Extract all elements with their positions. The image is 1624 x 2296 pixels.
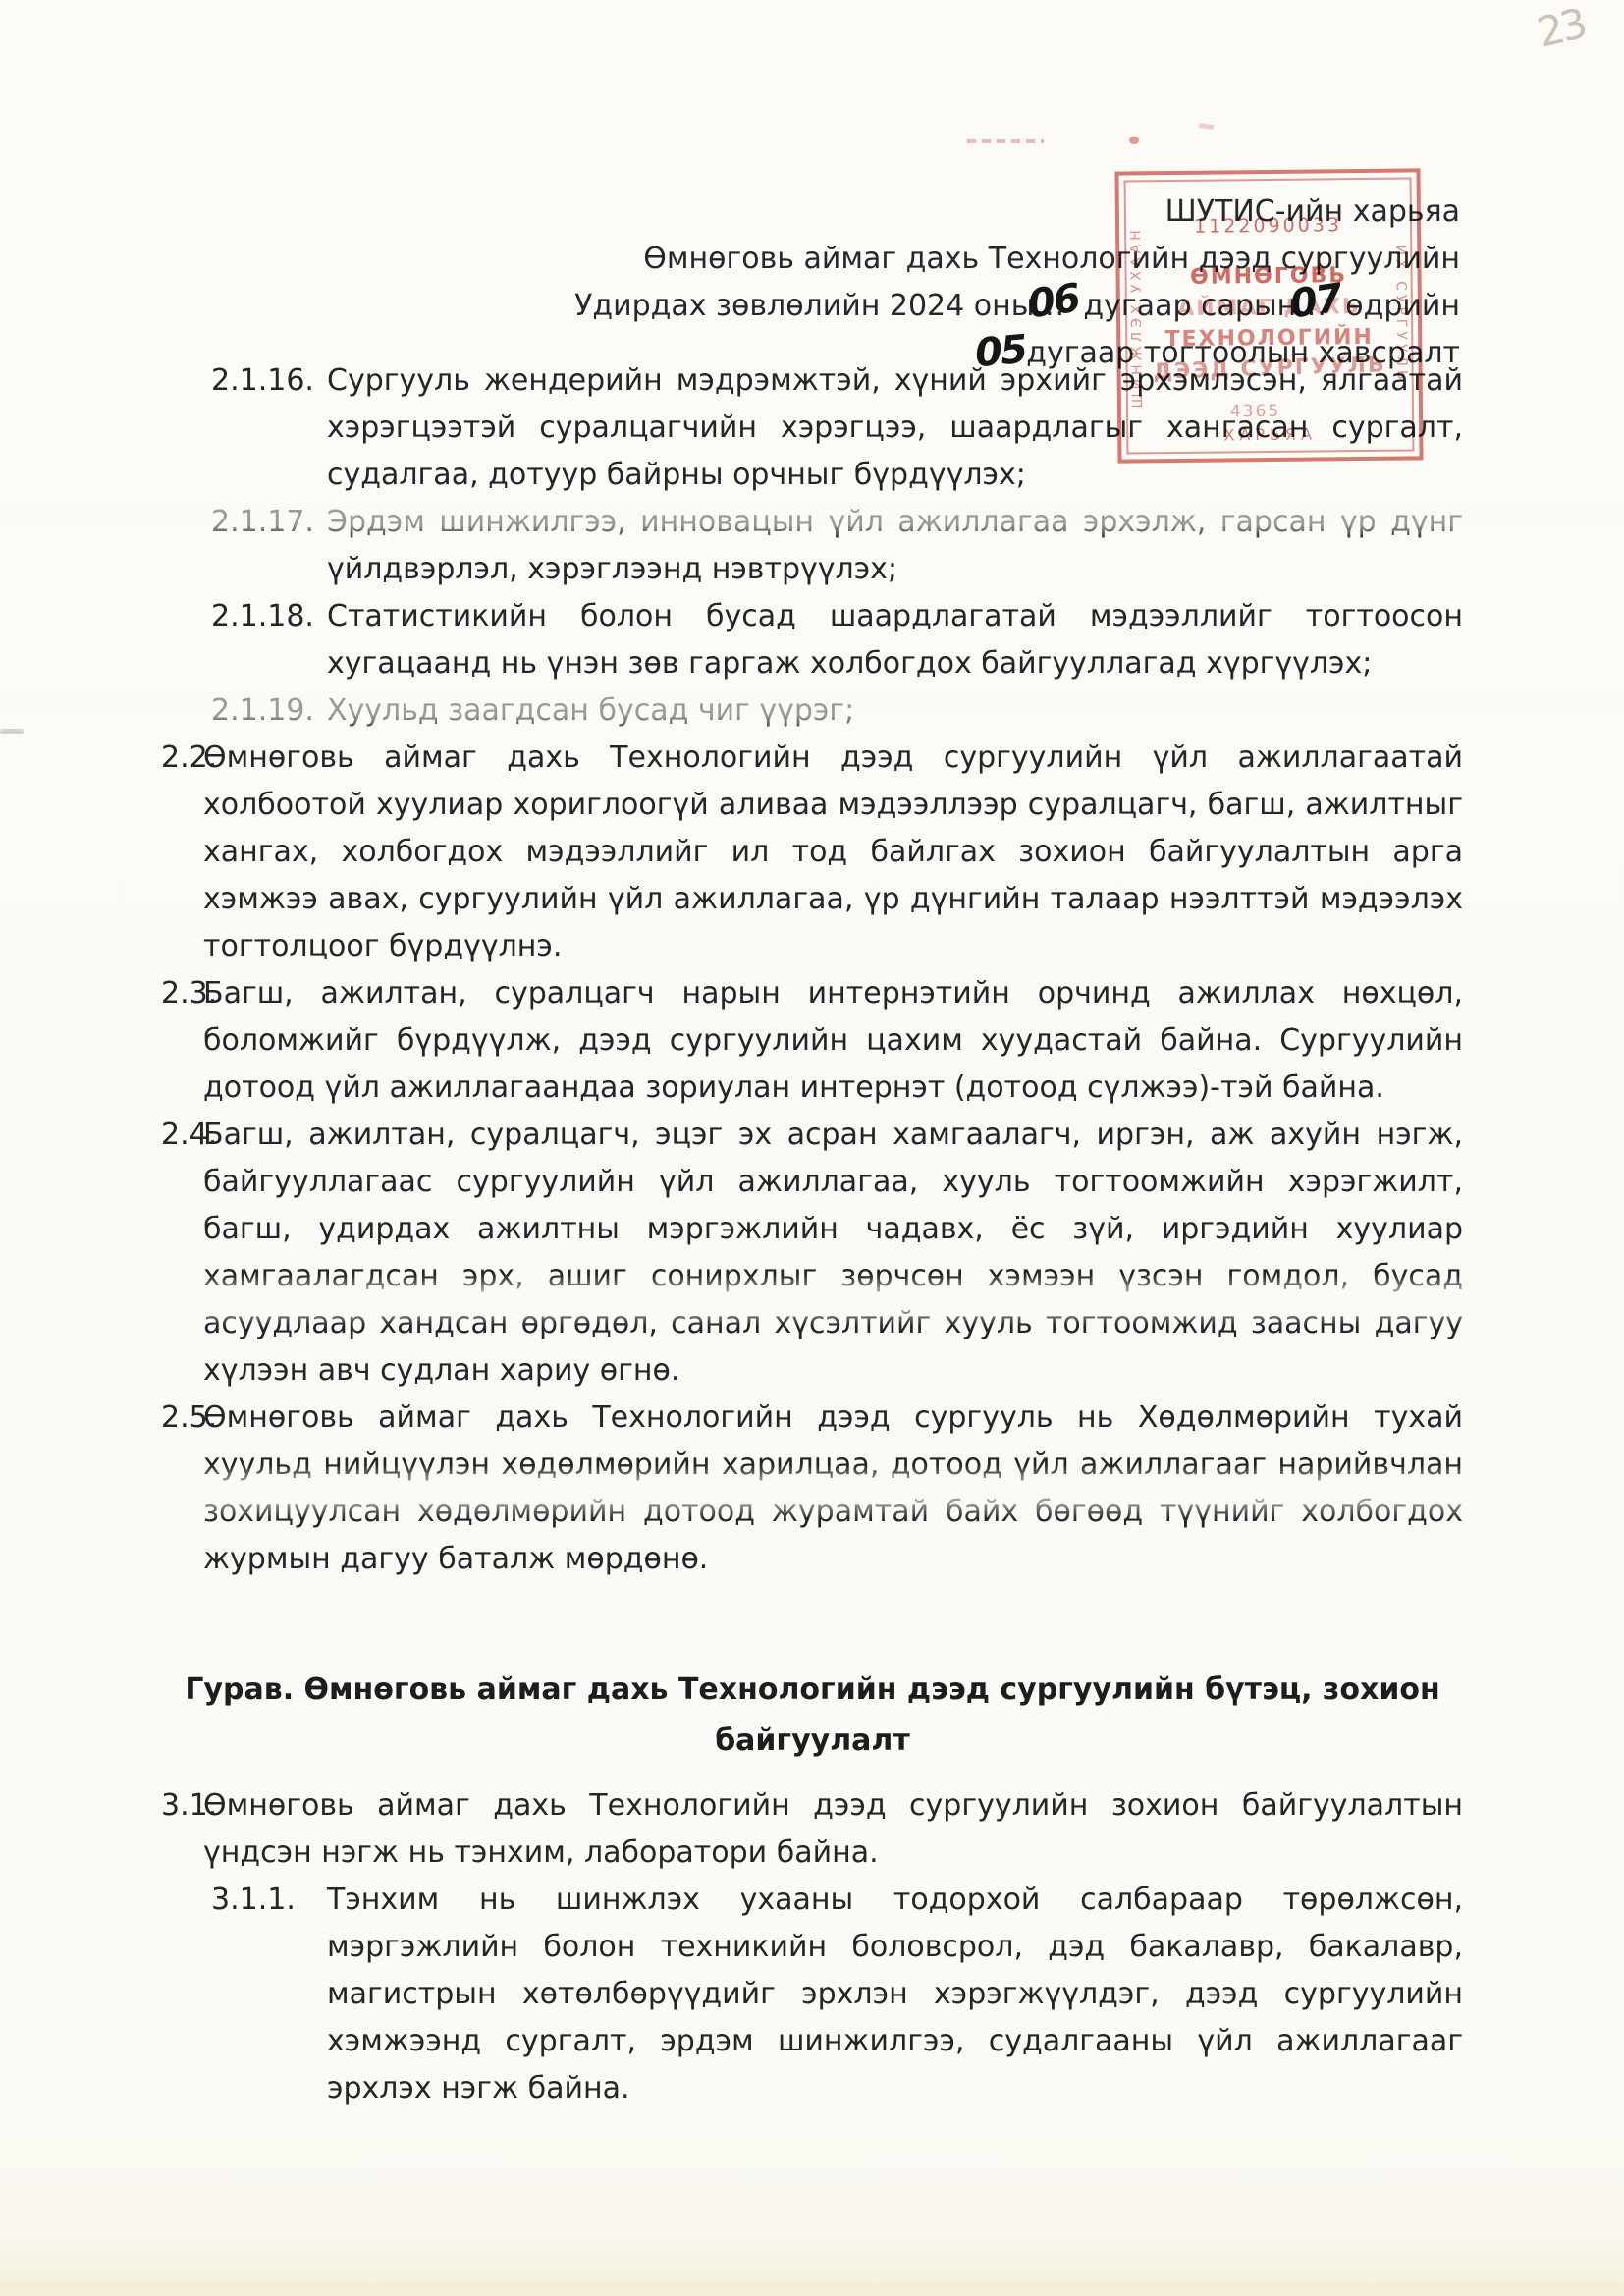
clause-text: Өмнөговь аймаг дахь Технологийн дээд сур…	[203, 1788, 1463, 1870]
clause-number: 2.2.	[161, 735, 217, 782]
decree-date-mid: дугаар сарын	[1083, 289, 1296, 323]
decree-date-suffix: өдрийн	[1345, 289, 1460, 323]
stamp-mark-artifact	[1199, 123, 1215, 130]
clause-2-1-19: 2.1.19.Хуульд заагдсан бусад чиг үүрэг;	[0, 687, 1624, 735]
stamp-dot-artifact	[1129, 137, 1139, 144]
clause-text: Хуульд заагдсан бусад чиг үүрэг;	[327, 693, 854, 728]
clause-text: Статистикийн болон бусад шаардлагатай мэ…	[327, 599, 1463, 681]
clause-number: 2.1.16.	[211, 357, 314, 405]
clause-text: Багш, ажилтан, суралцагч, эцэг эх асран …	[203, 1118, 1463, 1388]
clause-2-4: 2.4.Багш, ажилтан, суралцагч, эцэг эх ас…	[0, 1112, 1624, 1394]
clause-text: Тэнхим нь шинжлэх ухааны тодорхой салбар…	[327, 1883, 1463, 2105]
clause-text: Өмнөговь аймаг дахь Технологийн дээд сур…	[203, 1400, 1463, 1576]
clause-2-1-18: 2.1.18.Статистикийн болон бусад шаардлаг…	[0, 593, 1624, 687]
section-three-heading: Гурав. Өмнөговь аймаг дахь Технологийн д…	[0, 1665, 1624, 1767]
clause-number: 3.1.	[161, 1782, 217, 1830]
clause-number: 2.5.	[161, 1394, 217, 1442]
day-blank-slot: ...07	[1296, 283, 1345, 330]
month-blank-slot: ...06	[1034, 283, 1083, 330]
clause-number: 2.1.18.	[211, 593, 314, 640]
clause-number: 2.4.	[161, 1112, 217, 1159]
clause-3-1: 3.1.Өмнөговь аймаг дахь Технологийн дээд…	[0, 1782, 1624, 1877]
clause-3-1-1: 3.1.1.Тэнхим нь шинжлэх ухааны тодорхой …	[0, 1877, 1624, 2112]
clause-text: Өмнөговь аймаг дахь Технологийн дээд сур…	[203, 740, 1463, 963]
scanned-document-page: 23 ШУТИС-ийн харьяа Өмнөговь аймаг дахь …	[0, 0, 1624, 2296]
clause-2-1-16: 2.1.16.Сургууль жендерийн мэдрэмжтэй, хү…	[0, 357, 1624, 499]
clause-2-1-17: 2.1.17.Эрдэм шинжилгээ, инновацын үйл аж…	[0, 499, 1624, 593]
handwritten-day: 07	[1288, 279, 1344, 325]
clause-number: 2.1.17.	[211, 499, 314, 546]
clause-2-5: 2.5.Өмнөговь аймаг дахь Технологийн дээд…	[0, 1394, 1624, 1583]
document-body: 2.1.16.Сургууль жендерийн мэдрэмжтэй, хү…	[0, 357, 1624, 2112]
stamp-smear-artifact	[967, 139, 1044, 143]
decree-date-prefix: Удирдах зөвлөлийн 2024 оны	[574, 289, 1034, 323]
scan-bottom-edge	[0, 2283, 1624, 2296]
clause-2-3: 2.3.Багш, ажилтан, суралцагч нарын интер…	[0, 970, 1624, 1112]
header-decree-date-line: Удирдах зөвлөлийн 2024 оны...06дугаар са…	[0, 283, 1460, 330]
clause-text: Сургууль жендерийн мэдрэмжтэй, хүний эрх…	[327, 363, 1463, 492]
clause-text: Эрдэм шинжилгээ, инновацын үйл ажиллагаа…	[327, 505, 1463, 586]
clause-number: 3.1.1.	[211, 1877, 296, 1924]
header-affiliation-line: ШУТИС-ийн харьяа	[0, 189, 1460, 236]
header-school-line: Өмнөговь аймаг дахь Технологийн дээд сур…	[0, 236, 1460, 283]
clause-2-2: 2.2.Өмнөговь аймаг дахь Технологийн дээд…	[0, 735, 1624, 970]
clause-number: 2.3.	[161, 970, 217, 1017]
document-header: ШУТИС-ийн харьяа Өмнөговь аймаг дахь Тех…	[0, 189, 1460, 377]
pencil-page-number: 23	[1533, 0, 1590, 57]
clause-number: 2.1.19.	[211, 687, 314, 735]
handwritten-month: 06	[1026, 279, 1082, 325]
clause-text: Багш, ажилтан, суралцагч нарын интернэти…	[203, 976, 1463, 1105]
